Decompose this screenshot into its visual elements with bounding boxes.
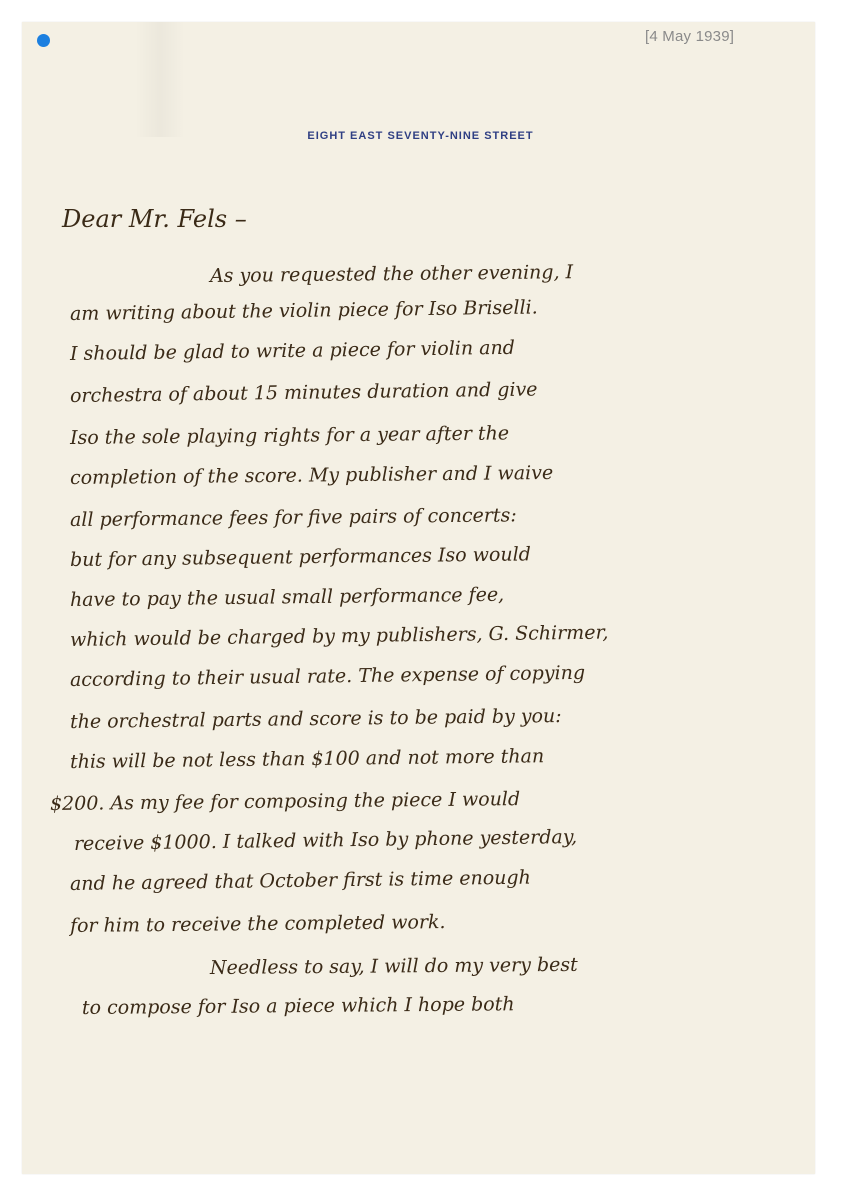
salutation: Dear Mr. Fels – — [62, 205, 247, 233]
letterhead-address: EIGHT EAST SEVENTY-NINE STREET — [0, 130, 841, 142]
letter-line: Needless to say, I will do my very best — [210, 954, 578, 979]
letter-line: all performance fees for five pairs of c… — [70, 504, 517, 531]
letter-line: to compose for Iso a piece which I hope … — [82, 993, 515, 1019]
blue-marker-dot-icon — [37, 34, 50, 47]
letter-line: Iso the sole playing rights for a year a… — [70, 422, 509, 449]
archival-date-annotation: [4 May 1939] — [645, 28, 734, 45]
letter-line: As you requested the other evening, I — [210, 261, 573, 287]
paper-fold-shadow — [135, 22, 185, 137]
letter-line: for him to receive the completed work. — [70, 911, 446, 937]
